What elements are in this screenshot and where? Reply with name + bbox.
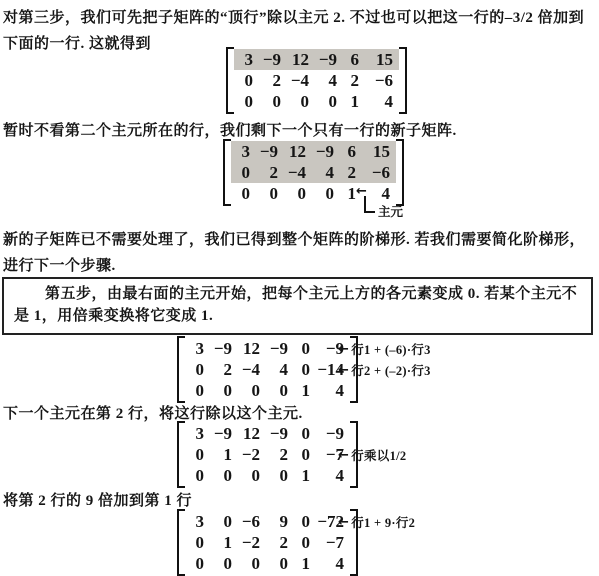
textbook-page: 对第三步，我们可先把子矩阵的“顶行”除以主元 2. 不过也可以把这一行的–3/2… xyxy=(0,0,599,576)
row-op-text: 行乘以1/2 xyxy=(351,446,406,464)
matrix-cell: −9 xyxy=(306,142,334,162)
matrix-cell: −9 xyxy=(253,50,281,70)
matrix-5: 3 0 −6 9 0 −72 0 1 −2 2 0 −7 0 0 xyxy=(177,509,358,576)
matrix-row: 0 0 0 0 1 4 xyxy=(185,465,350,486)
row-op-annotation: ← 行1 + 9·行2 xyxy=(338,513,415,531)
matrix-cell: 4 xyxy=(260,360,288,380)
left-arrow-icon: ← xyxy=(338,448,349,463)
matrix-cell: 1 xyxy=(334,184,356,204)
matrix: 3 −9 12 −9 0 −9 0 2 −4 4 0 −14 0 0 xyxy=(177,336,358,403)
matrix-cell: 0 xyxy=(288,533,310,553)
matrix-cell: 0 xyxy=(188,466,204,486)
matrix-rows: 3 −9 12 −9 0 −9 0 2 −4 4 0 −14 0 0 xyxy=(185,336,350,403)
matrix-cell: 9 xyxy=(260,512,288,532)
matrix-cell: 0 xyxy=(234,184,250,204)
matrix-cell: 12 xyxy=(232,424,260,444)
pivot-connector-line xyxy=(364,196,375,213)
matrix-cell: 0 xyxy=(188,360,204,380)
matrix-cell: 0 xyxy=(204,466,232,486)
matrix-cell: 12 xyxy=(232,339,260,359)
matrix-cell: 0 xyxy=(234,163,250,183)
matrix-cell: 0 xyxy=(309,92,337,112)
step5-box: 第五步，由最右面的主元开始，把每个主元上方的各元素变成 0. 若某个主元不是 1… xyxy=(2,277,593,335)
step5-text: 第五步，由最右面的主元开始，把每个主元上方的各元素变成 0. 若某个主元不是 1… xyxy=(14,283,581,327)
matrix-cell: −9 xyxy=(310,424,344,444)
matrix-cell: 2 xyxy=(260,445,288,465)
matrix-cell: 0 xyxy=(288,424,310,444)
left-bracket xyxy=(177,421,185,488)
matrix-cell: 12 xyxy=(278,142,306,162)
matrix-cell: −2 xyxy=(232,445,260,465)
matrix-cell: −6 xyxy=(359,71,393,91)
left-arrow-icon: ← xyxy=(338,515,349,530)
matrix-row: 3 −9 12 −9 6 15 xyxy=(231,141,396,162)
matrix-cell: 0 xyxy=(260,554,288,574)
matrix-cell: −6 xyxy=(232,512,260,532)
matrix-cell: 0 xyxy=(232,466,260,486)
matrix-cell: 0 xyxy=(260,381,288,401)
matrix: 3 −9 12 −9 0 −9 0 1 −2 2 0 −7 0 0 xyxy=(177,421,358,488)
matrix-cell: 12 xyxy=(281,50,309,70)
matrix-cell: 6 xyxy=(337,50,359,70)
matrix-row: 0 2 −4 4 2 −6 xyxy=(234,70,399,91)
matrix-cell: 0 xyxy=(288,512,310,532)
matrix-row: 0 0 0 0 1 4 xyxy=(234,91,399,112)
matrix-2: 3 −9 12 −9 6 15 0 2 −4 4 2 −6 0 0 xyxy=(223,139,404,206)
matrix-cell: 0 xyxy=(281,92,309,112)
matrix-cell: 3 xyxy=(234,142,250,162)
matrix-cell: 3 xyxy=(188,512,204,532)
matrix: 3 −9 12 −9 6 15 0 2 −4 4 2 −6 0 0 xyxy=(223,139,404,206)
matrix-cell: 0 xyxy=(288,360,310,380)
matrix-cell: 2 xyxy=(260,533,288,553)
matrix-cell: 0 xyxy=(188,381,204,401)
row-op-text: 行1 + 9·行2 xyxy=(351,513,415,531)
matrix-cell: 0 xyxy=(188,554,204,574)
matrix-cell: 4 xyxy=(310,554,344,574)
matrix-row: 3 −9 12 −9 6 15 xyxy=(234,49,399,70)
matrix-cell: 2 xyxy=(337,71,359,91)
matrix-rows: 3 0 −6 9 0 −72 0 1 −2 2 0 −7 0 0 xyxy=(185,509,350,576)
matrix-cell: −4 xyxy=(232,360,260,380)
matrix-cell: 0 xyxy=(306,184,334,204)
matrix-cell: 0 xyxy=(188,533,204,553)
matrix-rows: 3 −9 12 −9 0 −9 0 1 −2 2 0 −7 0 0 xyxy=(185,421,350,488)
matrix-cell: 4 xyxy=(310,466,344,486)
matrix-cell: 2 xyxy=(250,163,278,183)
matrix-cell: 0 xyxy=(204,554,232,574)
matrix-cell: 3 xyxy=(188,339,204,359)
matrix-cell: −9 xyxy=(260,339,288,359)
matrix-cell: 0 xyxy=(253,92,281,112)
matrix-cell: 4 xyxy=(310,381,344,401)
row-op-annotation: ← 行2 + (–2)·行3 xyxy=(338,361,431,379)
left-bracket xyxy=(177,336,185,403)
matrix-cell: −9 xyxy=(250,142,278,162)
matrix-cell: 2 xyxy=(334,163,356,183)
matrix: 3 0 −6 9 0 −72 0 1 −2 2 0 −7 0 0 xyxy=(177,509,358,576)
matrix-cell: 0 xyxy=(204,381,232,401)
matrix-cell: 0 xyxy=(250,184,278,204)
matrix-cell: 15 xyxy=(356,142,390,162)
matrix-cell: 15 xyxy=(359,50,393,70)
row-op-annotation: ← 行1 + (–6)·行3 xyxy=(338,340,431,358)
matrix-row: 0 2 −4 4 2 −6 xyxy=(231,162,396,183)
row-op-text: 行1 + (–6)·行3 xyxy=(351,340,430,358)
matrix-cell: 2 xyxy=(253,71,281,91)
matrix-cell: 1 xyxy=(204,533,232,553)
matrix-row: 0 0 0 0 1 4 xyxy=(185,553,350,574)
matrix-row: 0 0 0 0 1 4 xyxy=(185,380,350,401)
matrix-cell: 3 xyxy=(188,424,204,444)
matrix-cell: 1 xyxy=(288,466,310,486)
matrix-cell: 4 xyxy=(359,92,393,112)
matrix-cell: −9 xyxy=(309,50,337,70)
matrix-cell: 0 xyxy=(188,445,204,465)
row-op-text: 行2 + (–2)·行3 xyxy=(351,361,430,379)
matrix-cell: 1 xyxy=(204,445,232,465)
matrix-row: 3 −9 12 −9 0 −9 xyxy=(185,338,350,359)
matrix-row: 0 1 −2 2 0 −7 xyxy=(185,444,350,465)
pivot-label: 主元 xyxy=(378,202,403,220)
matrix-row: 0 1 −2 2 0 −7 xyxy=(185,532,350,553)
matrix-cell: −4 xyxy=(281,71,309,91)
matrix-cell: −2 xyxy=(232,533,260,553)
matrix-row: 0 2 −4 4 0 −14 xyxy=(185,359,350,380)
matrix-cell: −9 xyxy=(260,424,288,444)
matrix-cell: −7 xyxy=(310,533,344,553)
matrix-cell: 0 xyxy=(237,71,253,91)
matrix-cell: 1 xyxy=(337,92,359,112)
matrix-cell: −9 xyxy=(204,424,232,444)
matrix-cell: 0 xyxy=(232,381,260,401)
matrix-cell: −9 xyxy=(204,339,232,359)
matrix-4: 3 −9 12 −9 0 −9 0 1 −2 2 0 −7 0 0 xyxy=(177,421,358,488)
matrix-cell: 2 xyxy=(204,360,232,380)
matrix-row: 3 −9 12 −9 0 −9 xyxy=(185,423,350,444)
matrix-3: 3 −9 12 −9 0 −9 0 2 −4 4 0 −14 0 0 xyxy=(177,336,358,403)
matrix-cell: 4 xyxy=(309,71,337,91)
left-arrow-icon: ← xyxy=(338,342,349,357)
left-arrow-icon: ← xyxy=(338,363,349,378)
paragraph-echelon: 新的子矩阵已不需要处理了，我们已得到整个矩阵的阶梯形. 若我们需要简化阶梯形，进… xyxy=(3,227,596,279)
left-bracket xyxy=(226,47,234,114)
matrix-cell: 1 xyxy=(288,381,310,401)
right-bracket xyxy=(399,47,407,114)
matrix-row: 3 0 −6 9 0 −72 xyxy=(185,511,350,532)
matrix-cell: 1 xyxy=(288,554,310,574)
matrix-rows: 3 −9 12 −9 6 15 0 2 −4 4 2 −6 0 0 xyxy=(234,47,399,114)
matrix-cell: 0 xyxy=(260,466,288,486)
matrix-cell: −4 xyxy=(278,163,306,183)
matrix-cell: 0 xyxy=(288,339,310,359)
matrix-cell: 0 xyxy=(237,92,253,112)
matrix-cell: −6 xyxy=(356,163,390,183)
matrix-1: 3 −9 12 −9 6 15 0 2 −4 4 2 −6 0 0 xyxy=(226,47,407,114)
matrix-cell: 6 xyxy=(334,142,356,162)
matrix-cell: 0 xyxy=(204,512,232,532)
left-bracket xyxy=(177,509,185,576)
matrix-cell: 0 xyxy=(278,184,306,204)
matrix: 3 −9 12 −9 6 15 0 2 −4 4 2 −6 0 0 xyxy=(226,47,407,114)
row-op-annotation: ← 行乘以1/2 xyxy=(338,446,406,464)
left-bracket xyxy=(223,139,231,206)
matrix-cell: 3 xyxy=(237,50,253,70)
matrix-cell: 0 xyxy=(288,445,310,465)
matrix-cell: 4 xyxy=(306,163,334,183)
right-bracket xyxy=(396,139,404,206)
matrix-cell: 0 xyxy=(232,554,260,574)
